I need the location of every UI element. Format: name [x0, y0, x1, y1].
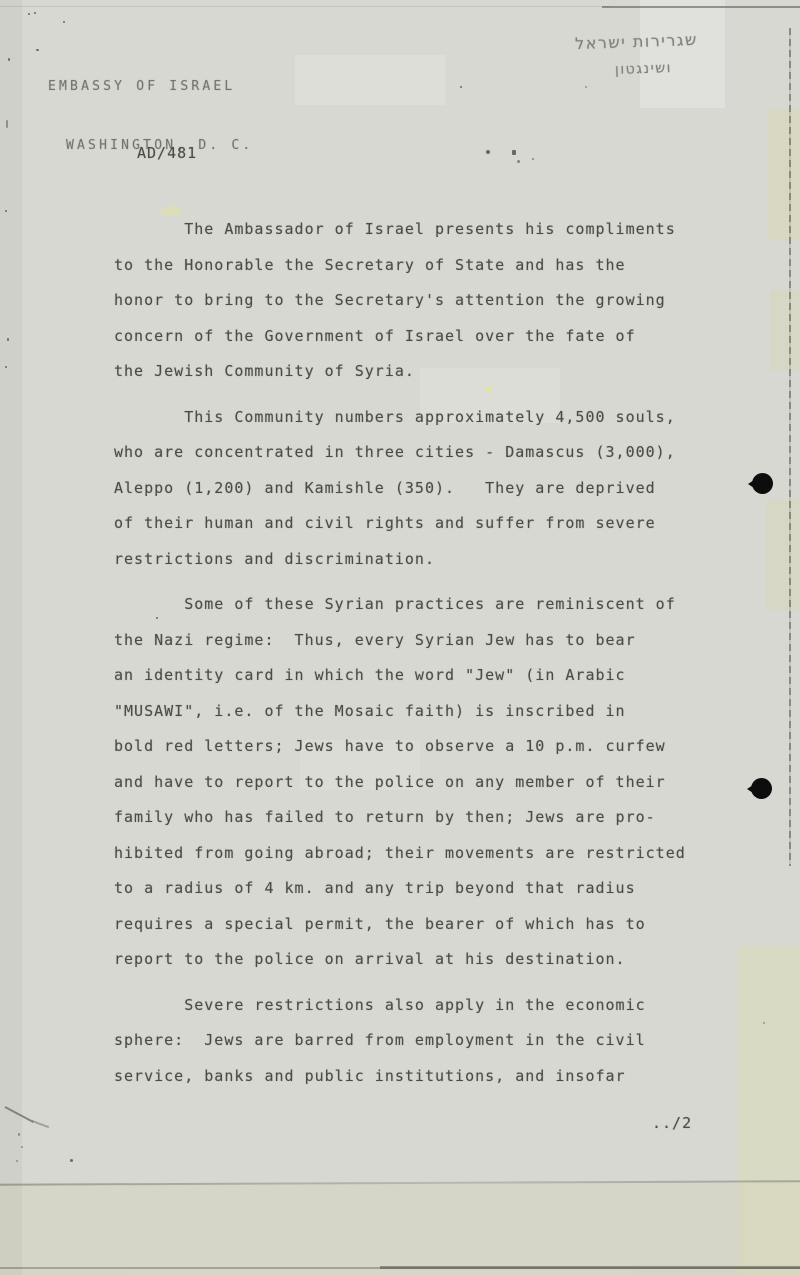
embassy-name: EMBASSY OF ISRAEL — [48, 72, 253, 101]
scan-light-patch — [295, 55, 445, 105]
ink-speck — [763, 1022, 765, 1024]
ink-speck — [532, 158, 534, 160]
scanned-document-page: EMBASSY OF ISRAEL WASHINGTON, D. C. שגרי… — [0, 0, 800, 1275]
scan-light-patch — [640, 0, 725, 108]
ink-speck — [6, 120, 8, 128]
letterhead-hebrew-line1: שגרירות ישראל — [575, 30, 698, 53]
scan-right-edge-line — [789, 28, 791, 866]
ink-speck — [512, 150, 516, 155]
typed-line: Severe restrictions also apply in the ec… — [114, 988, 686, 1024]
pencil-stroke — [5, 1106, 34, 1123]
ink-speck — [28, 13, 30, 15]
ink-speck — [517, 160, 520, 163]
scan-top-edge-line — [602, 6, 800, 8]
below-crease-tint — [0, 1183, 800, 1275]
letterhead-hebrew-line2: ושינגטון — [615, 60, 672, 78]
typed-line: This Community numbers approximately 4,5… — [114, 400, 686, 436]
paragraph: Severe restrictions also apply in the ec… — [114, 988, 686, 1095]
scan-green-band — [768, 110, 800, 240]
ink-speck — [70, 1159, 73, 1162]
ink-speck — [16, 1160, 18, 1162]
typed-line: restrictions and discrimination. — [114, 542, 686, 578]
ink-speck — [36, 49, 39, 51]
ink-speck — [5, 366, 7, 368]
pencil-stroke — [32, 1120, 49, 1128]
page-continuation-marker: ../2 — [652, 1108, 692, 1138]
typed-line: sphere: Jews are barred from employment … — [114, 1023, 686, 1059]
typed-line: Some of these Syrian practices are remin… — [114, 587, 686, 623]
typed-line: "MUSAWI", i.e. of the Mosaic faith) is i… — [114, 694, 686, 730]
typed-line: The Ambassador of Israel presents his co… — [114, 212, 686, 248]
typed-line: who are concentrated in three cities - D… — [114, 435, 686, 471]
typed-line: to a radius of 4 km. and any trip beyond… — [114, 871, 686, 907]
left-edge-shade — [0, 0, 22, 1275]
ink-speck — [18, 1133, 20, 1136]
typed-line: honor to bring to the Secretary's attent… — [114, 283, 686, 319]
ink-speck — [21, 1146, 23, 1148]
typed-line: bold red letters; Jews have to observe a… — [114, 729, 686, 765]
paragraph: Some of these Syrian practices are remin… — [114, 587, 686, 978]
ink-speck — [156, 617, 158, 619]
ink-speck — [63, 21, 65, 23]
fold-crease-line — [0, 1180, 800, 1185]
typed-line: and have to report to the police on any … — [114, 765, 686, 801]
ink-speck — [8, 58, 10, 61]
typed-line: Aleppo (1,200) and Kamishle (350). They … — [114, 471, 686, 507]
reference-number: AD/481 — [137, 138, 197, 168]
ink-speck — [7, 338, 9, 341]
ink-speck — [34, 12, 36, 14]
paragraph: This Community numbers approximately 4,5… — [114, 400, 686, 578]
scan-green-band — [737, 945, 800, 1275]
typed-line: of their human and civil rights and suff… — [114, 506, 686, 542]
scan-green-band — [766, 500, 800, 610]
typed-line: an identity card in which the word "Jew"… — [114, 658, 686, 694]
typed-line: to the Honorable the Secretary of State … — [114, 248, 686, 284]
scan-top-edge-line-faint — [0, 6, 610, 7]
scan-bottom-edge-line-dark — [380, 1266, 800, 1269]
document-body: The Ambassador of Israel presents his co… — [114, 212, 686, 1094]
typed-line: service, banks and public institutions, … — [114, 1059, 686, 1095]
ink-speck — [460, 86, 462, 88]
ink-speck — [5, 210, 7, 212]
typed-line: family who has failed to return by then;… — [114, 800, 686, 836]
typed-line: the Nazi regime: Thus, every Syrian Jew … — [114, 623, 686, 659]
ink-speck — [585, 86, 587, 88]
typed-line: concern of the Government of Israel over… — [114, 319, 686, 355]
scan-green-band — [770, 290, 800, 370]
typed-line: hibited from going abroad; their movemen… — [114, 836, 686, 872]
typed-line: the Jewish Community of Syria. — [114, 354, 686, 390]
ink-speck — [486, 150, 490, 154]
hole-punch-dot — [752, 473, 773, 494]
hole-punch-dot — [751, 778, 772, 799]
typed-line: report to the police on arrival at his d… — [114, 942, 686, 978]
typed-line: requires a special permit, the bearer of… — [114, 907, 686, 943]
paragraph: The Ambassador of Israel presents his co… — [114, 212, 686, 390]
